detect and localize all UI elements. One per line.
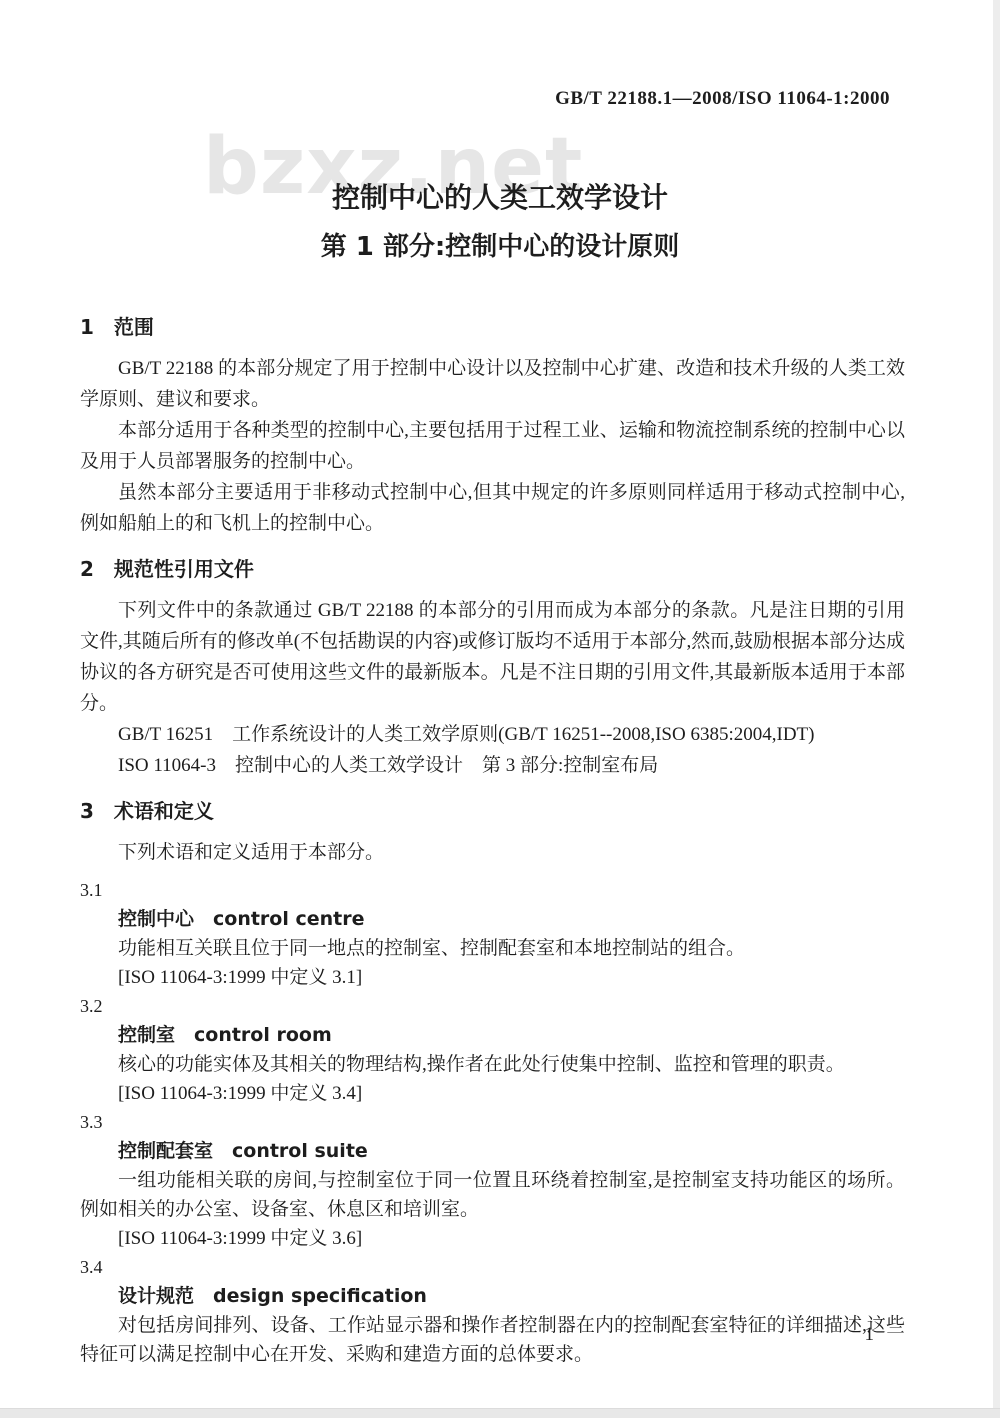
terms-list: 3.1 控制中心 control centre 功能相互关联且位于同一地点的控制… (80, 876, 905, 1369)
term-source: [ISO 11064-3:1999 中定义 3.1] (80, 963, 905, 992)
term-definition: 功能相互关联且位于同一地点的控制室、控制配套室和本地控制站的组合。 (80, 934, 905, 963)
term-3-3: 3.3 控制配套室 control suite 一组功能相关联的房间,与控制室位… (80, 1108, 905, 1253)
term-3-1: 3.1 控制中心 control centre 功能相互关联且位于同一地点的控制… (80, 876, 905, 992)
term-number: 3.3 (80, 1108, 905, 1137)
section-3-heading: 3 术语和定义 (80, 797, 905, 825)
term-name: 设计规范 design specification (80, 1282, 905, 1311)
term-3-2: 3.2 控制室 control room 核心的功能实体及其相关的物理结构,操作… (80, 992, 905, 1108)
section-2-heading: 2 规范性引用文件 (80, 555, 905, 583)
standard-number: GB/T 22188.1—2008/ISO 11064-1:2000 (0, 0, 1000, 110)
section-1-paragraph-2: 本部分适用于各种类型的控制中心,主要包括用于过程工业、运输和物流控制系统的控制中… (80, 415, 905, 477)
term-source: [ISO 11064-3:1999 中定义 3.4] (80, 1079, 905, 1108)
term-definition: 核心的功能实体及其相关的物理结构,操作者在此处行使集中控制、监控和管理的职责。 (80, 1050, 905, 1079)
section-1-paragraph-1: GB/T 22188 的本部分规定了用于控制中心设计以及控制中心扩建、改造和技术… (80, 353, 905, 415)
section-1-paragraph-3: 虽然本部分主要适用于非移动式控制中心,但其中规定的许多原则同样适用于移动式控制中… (80, 477, 905, 539)
term-number: 3.4 (80, 1253, 905, 1282)
term-definition: 一组功能相关联的房间,与控制室位于同一位置且环绕着控制室,是控制室支持功能区的场… (80, 1166, 905, 1224)
term-name: 控制中心 control centre (80, 905, 905, 934)
normative-reference-2: ISO 11064-3 控制中心的人类工效学设计 第 3 部分:控制室布局 (80, 750, 905, 781)
scan-edge-bottom (0, 1408, 1000, 1418)
section-2-paragraph-1: 下列文件中的条款通过 GB/T 22188 的本部分的引用而成为本部分的条款。凡… (80, 595, 905, 719)
term-name: 控制配套室 control suite (80, 1137, 905, 1166)
document-page: bzxz.net GB/T 22188.1—2008/ISO 11064-1:2… (0, 0, 1000, 1418)
term-definition: 对包括房间排列、设备、工作站显示器和操作者控制器在内的控制配套室特征的详细描述,… (80, 1311, 905, 1369)
term-source: [ISO 11064-3:1999 中定义 3.6] (80, 1224, 905, 1253)
document-title-line2: 第 1 部分:控制中心的设计原则 (0, 226, 1000, 263)
term-number: 3.2 (80, 992, 905, 1021)
page-number: 1 (865, 1324, 875, 1346)
term-name: 控制室 control room (80, 1021, 905, 1050)
term-3-4: 3.4 设计规范 design specification 对包括房间排列、设备… (80, 1253, 905, 1369)
term-number: 3.1 (80, 876, 905, 905)
section-1-heading: 1 范围 (80, 313, 905, 341)
document-body: 1 范围 GB/T 22188 的本部分规定了用于控制中心设计以及控制中心扩建、… (80, 313, 905, 1369)
section-3-intro: 下列术语和定义适用于本部分。 (80, 837, 905, 868)
document-title-line1: 控制中心的人类工效学设计 (0, 176, 1000, 216)
normative-reference-1: GB/T 16251 工作系统设计的人类工效学原则(GB/T 16251--20… (80, 719, 905, 750)
